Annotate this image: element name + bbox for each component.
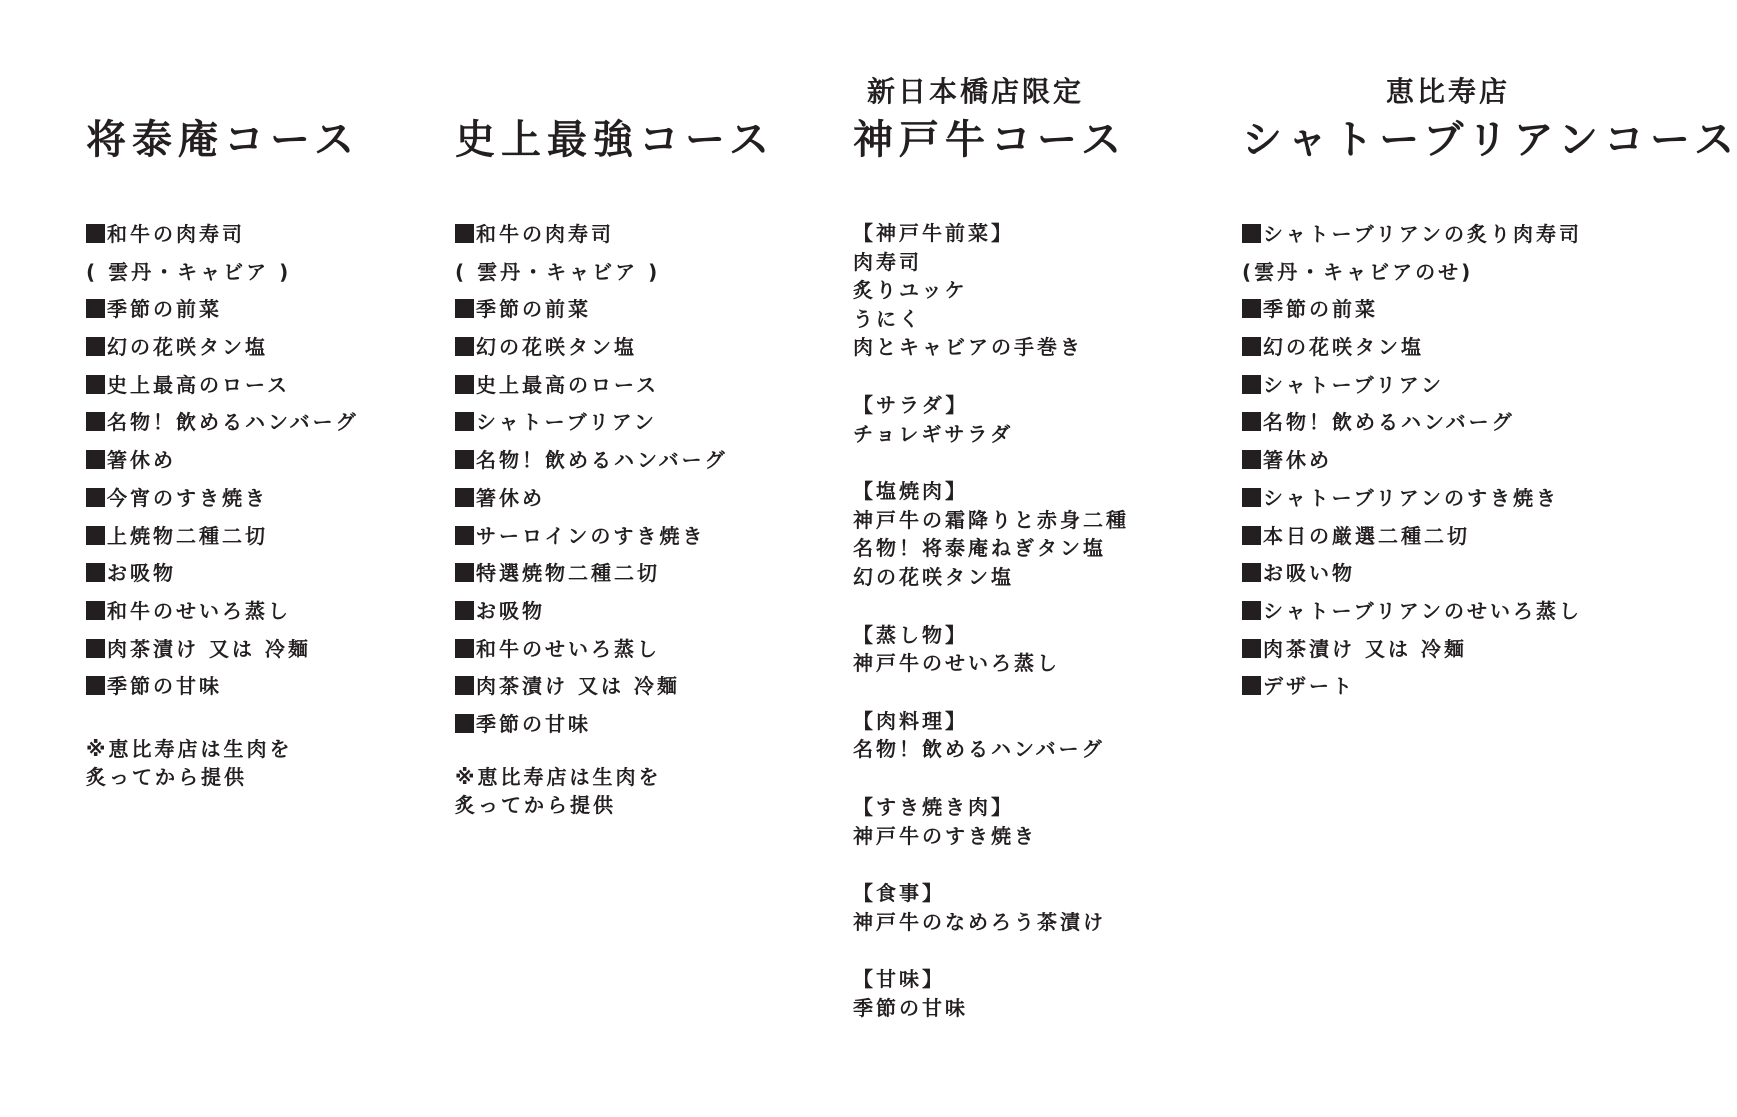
square-bullet-icon: [86, 488, 105, 507]
list-item: 肉茶漬け 又は 冷麺: [1242, 631, 1582, 669]
menu-item-text: 季節の前菜: [1263, 297, 1378, 321]
menu-item-text: 上焼物二種二切: [107, 524, 268, 548]
square-bullet-icon: [455, 563, 474, 582]
menu-item-text: 史上最高のロース: [107, 373, 290, 397]
list-item: 和牛の肉寿司: [86, 216, 359, 254]
square-bullet-icon: [455, 224, 474, 243]
list-item: 史上最高のロース: [455, 367, 728, 405]
menu-section: 【神戸牛前菜】 肉寿司 炙りユッケ うにく 肉とキャビアの手巻き: [853, 219, 1129, 362]
square-bullet-icon: [455, 488, 474, 507]
list-item: シャトーブリアンの炙り肉寿司: [1242, 216, 1582, 254]
list-item: シャトーブリアン: [455, 404, 728, 442]
course-note: ※恵比寿店は生肉を 炙ってから提供: [455, 763, 661, 819]
square-bullet-icon: [86, 601, 105, 620]
section-item: 神戸牛の霜降りと赤身二種: [853, 506, 1129, 535]
menu-item-text: 季節の甘味: [476, 712, 591, 736]
section-item: 名物！飲めるハンバーグ: [853, 735, 1129, 764]
menu-item-text: 特選焼物二種二切: [476, 561, 660, 585]
square-bullet-icon: [1242, 337, 1261, 356]
list-item: お吸物: [86, 555, 359, 593]
note-line: ※恵比寿店は生肉を: [86, 737, 292, 761]
menu-item-text: 和牛のせいろ蒸し: [107, 599, 291, 623]
list-item: 箸休め: [455, 480, 728, 518]
section-item: チョレギサラダ: [853, 420, 1129, 449]
list-item: 和牛のせいろ蒸し: [86, 593, 359, 631]
course-subtitle: 新日本橋店限定: [867, 72, 1084, 112]
menu-item-text: 名物！飲めるハンバーグ: [107, 410, 359, 434]
course-subtitle: 恵比寿店: [1386, 72, 1510, 112]
menu-item-text: 幻の花咲タン塩: [476, 335, 637, 359]
square-bullet-icon: [86, 337, 105, 356]
menu-item-text: 肉茶漬け 又は 冷麺: [1263, 637, 1467, 661]
list-item: お吸物: [455, 593, 728, 631]
list-item: 箸休め: [1242, 442, 1582, 480]
menu-item-text: 和牛の肉寿司: [107, 222, 245, 246]
section-item: 神戸牛のすき焼き: [853, 822, 1129, 851]
square-bullet-icon: [1242, 601, 1261, 620]
square-bullet-icon: [455, 639, 474, 658]
menu-item-text: 季節の前菜: [107, 297, 222, 321]
menu-item-text: シャトーブリアンの炙り肉寿司: [1263, 222, 1582, 246]
square-bullet-icon: [86, 450, 105, 469]
square-bullet-icon: [86, 412, 105, 431]
menu-item-text: 名物！飲めるハンバーグ: [476, 448, 728, 472]
menu-section: 【食事】 神戸牛のなめろう茶漬け: [853, 879, 1129, 936]
list-item: 名物！飲めるハンバーグ: [1242, 404, 1582, 442]
menu-item-text: お吸物: [476, 599, 545, 623]
menu-item-text: 本日の厳選二種二切: [1263, 524, 1470, 548]
square-bullet-icon: [455, 601, 474, 620]
square-bullet-icon: [1242, 412, 1261, 431]
menu-item-text: 季節の甘味: [107, 674, 222, 698]
square-bullet-icon: [86, 563, 105, 582]
menu-item-text: ( 雲丹・キャビア ): [455, 260, 660, 284]
list-item: 肉茶漬け 又は 冷麺: [455, 668, 728, 706]
list-item: 箸休め: [86, 442, 359, 480]
list-item: 季節の前菜: [86, 291, 359, 329]
menu-section: 【甘味】 季節の甘味: [853, 965, 1129, 1022]
square-bullet-icon: [1242, 450, 1261, 469]
square-bullet-icon: [1242, 375, 1261, 394]
menu-item-text: 箸休め: [476, 486, 545, 510]
list-item: (雲丹・キャビアのせ): [1242, 254, 1582, 292]
square-bullet-icon: [1242, 299, 1261, 318]
list-item: シャトーブリアンのせいろ蒸し: [1242, 593, 1582, 631]
menu-section: 【サラダ】 チョレギサラダ: [853, 391, 1129, 448]
square-bullet-icon: [86, 526, 105, 545]
square-bullet-icon: [455, 526, 474, 545]
square-bullet-icon: [86, 224, 105, 243]
square-bullet-icon: [86, 639, 105, 658]
list-item: デザート: [1242, 668, 1582, 706]
menu-section: 【すき焼き肉】 神戸牛のすき焼き: [853, 793, 1129, 850]
list-item: 和牛のせいろ蒸し: [455, 631, 728, 669]
list-item: ( 雲丹・キャビア ): [86, 254, 359, 292]
course-sections: 【神戸牛前菜】 肉寿司 炙りユッケ うにく 肉とキャビアの手巻き 【サラダ】 チ…: [853, 219, 1129, 1051]
course-menu-list: 和牛の肉寿司 ( 雲丹・キャビア ) 季節の前菜 幻の花咲タン塩 史上最高のロー…: [455, 216, 728, 744]
menu-section: 【蒸し物】 神戸牛のせいろ蒸し: [853, 621, 1129, 678]
square-bullet-icon: [1242, 563, 1261, 582]
list-item: 幻の花咲タン塩: [1242, 329, 1582, 367]
course-title: 神戸牛コース: [853, 114, 1127, 166]
section-heading: 【食事】: [853, 879, 1129, 908]
section-item: 幻の花咲タン塩: [853, 563, 1129, 592]
list-item: サーロインのすき焼き: [455, 518, 728, 556]
list-item: シャトーブリアン: [1242, 367, 1582, 405]
section-item: 肉寿司: [853, 248, 1129, 277]
square-bullet-icon: [455, 337, 474, 356]
list-item: 名物！飲めるハンバーグ: [455, 442, 728, 480]
section-item: 炙りユッケ: [853, 276, 1129, 305]
menu-item-text: お吸い物: [1263, 561, 1355, 585]
list-item: 季節の甘味: [86, 668, 359, 706]
list-item: 幻の花咲タン塩: [455, 329, 728, 367]
note-line: ※恵比寿店は生肉を: [455, 765, 661, 789]
list-item: 今宵のすき焼き: [86, 480, 359, 518]
square-bullet-icon: [455, 450, 474, 469]
section-heading: 【蒸し物】: [853, 621, 1129, 650]
square-bullet-icon: [1242, 639, 1261, 658]
section-item: 季節の甘味: [853, 994, 1129, 1023]
square-bullet-icon: [455, 375, 474, 394]
course-title: 史上最強コース: [455, 114, 775, 166]
menu-item-text: 今宵のすき焼き: [107, 486, 268, 510]
section-heading: 【すき焼き肉】: [853, 793, 1129, 822]
menu-section: 【肉料理】 名物！飲めるハンバーグ: [853, 707, 1129, 764]
menu-item-text: 名物！飲めるハンバーグ: [1263, 410, 1515, 434]
menu-item-text: お吸物: [107, 561, 176, 585]
menu-item-text: 幻の花咲タン塩: [107, 335, 268, 359]
section-item: うにく: [853, 305, 1129, 334]
menu-item-text: 肉茶漬け 又は 冷麺: [476, 674, 680, 698]
square-bullet-icon: [86, 676, 105, 695]
menu-item-text: 肉茶漬け 又は 冷麺: [107, 637, 311, 661]
section-heading: 【肉料理】: [853, 707, 1129, 736]
square-bullet-icon: [1242, 224, 1261, 243]
menu-item-text: シャトーブリアンのせいろ蒸し: [1263, 599, 1582, 623]
list-item: 季節の前菜: [455, 291, 728, 329]
square-bullet-icon: [455, 676, 474, 695]
square-bullet-icon: [455, 714, 474, 733]
menu-item-text: 史上最高のロース: [476, 373, 659, 397]
menu-item-text: 和牛のせいろ蒸し: [476, 637, 660, 661]
menu-section: 【塩焼肉】 神戸牛の霜降りと赤身二種 名物！将泰庵ねぎタン塩 幻の花咲タン塩: [853, 477, 1129, 591]
list-item: 季節の前菜: [1242, 291, 1582, 329]
square-bullet-icon: [86, 299, 105, 318]
section-heading: 【甘味】: [853, 965, 1129, 994]
list-item: シャトーブリアンのすき焼き: [1242, 480, 1582, 518]
list-item: 名物！飲めるハンバーグ: [86, 404, 359, 442]
menu-item-text: 季節の前菜: [476, 297, 591, 321]
section-item: 神戸牛のせいろ蒸し: [853, 649, 1129, 678]
square-bullet-icon: [1242, 676, 1261, 695]
course-menu-list: シャトーブリアンの炙り肉寿司 (雲丹・キャビアのせ) 季節の前菜 幻の花咲タン塩…: [1242, 216, 1582, 706]
menu-item-text: (雲丹・キャビアのせ): [1242, 260, 1473, 284]
section-item: 名物！将泰庵ねぎタン塩: [853, 534, 1129, 563]
square-bullet-icon: [455, 412, 474, 431]
course-title: シャトーブリアンコース: [1242, 114, 1737, 166]
menu-item-text: 和牛の肉寿司: [476, 222, 614, 246]
list-item: ( 雲丹・キャビア ): [455, 254, 728, 292]
course-menu-list: 和牛の肉寿司 ( 雲丹・キャビア ) 季節の前菜 幻の花咲タン塩 史上最高のロー…: [86, 216, 359, 706]
menu-item-text: ( 雲丹・キャビア ): [86, 260, 291, 284]
section-heading: 【神戸牛前菜】: [853, 219, 1129, 248]
list-item: 季節の甘味: [455, 706, 728, 744]
course-note: ※恵比寿店は生肉を 炙ってから提供: [86, 735, 292, 791]
list-item: 和牛の肉寿司: [455, 216, 728, 254]
list-item: 肉茶漬け 又は 冷麺: [86, 631, 359, 669]
note-line: 炙ってから提供: [86, 765, 247, 789]
menu-item-text: シャトーブリアン: [476, 410, 657, 434]
list-item: 史上最高のロース: [86, 367, 359, 405]
list-item: 特選焼物二種二切: [455, 555, 728, 593]
square-bullet-icon: [1242, 488, 1261, 507]
list-item: 上焼物二種二切: [86, 518, 359, 556]
section-item: 肉とキャビアの手巻き: [853, 333, 1129, 362]
list-item: 幻の花咲タン塩: [86, 329, 359, 367]
course-title: 将泰庵コース: [86, 114, 360, 166]
menu-item-text: 箸休め: [107, 448, 176, 472]
section-heading: 【塩焼肉】: [853, 477, 1129, 506]
square-bullet-icon: [86, 375, 105, 394]
note-line: 炙ってから提供: [455, 793, 616, 817]
menu-item-text: シャトーブリアンのすき焼き: [1263, 486, 1559, 510]
square-bullet-icon: [1242, 526, 1261, 545]
menu-item-text: 幻の花咲タン塩: [1263, 335, 1424, 359]
menu-item-text: 箸休め: [1263, 448, 1332, 472]
list-item: 本日の厳選二種二切: [1242, 518, 1582, 556]
list-item: お吸い物: [1242, 555, 1582, 593]
section-item: 神戸牛のなめろう茶漬け: [853, 908, 1129, 937]
menu-item-text: シャトーブリアン: [1263, 373, 1444, 397]
menu-item-text: サーロインのすき焼き: [476, 524, 705, 548]
menu-item-text: デザート: [1263, 674, 1355, 698]
square-bullet-icon: [455, 299, 474, 318]
section-heading: 【サラダ】: [853, 391, 1129, 420]
